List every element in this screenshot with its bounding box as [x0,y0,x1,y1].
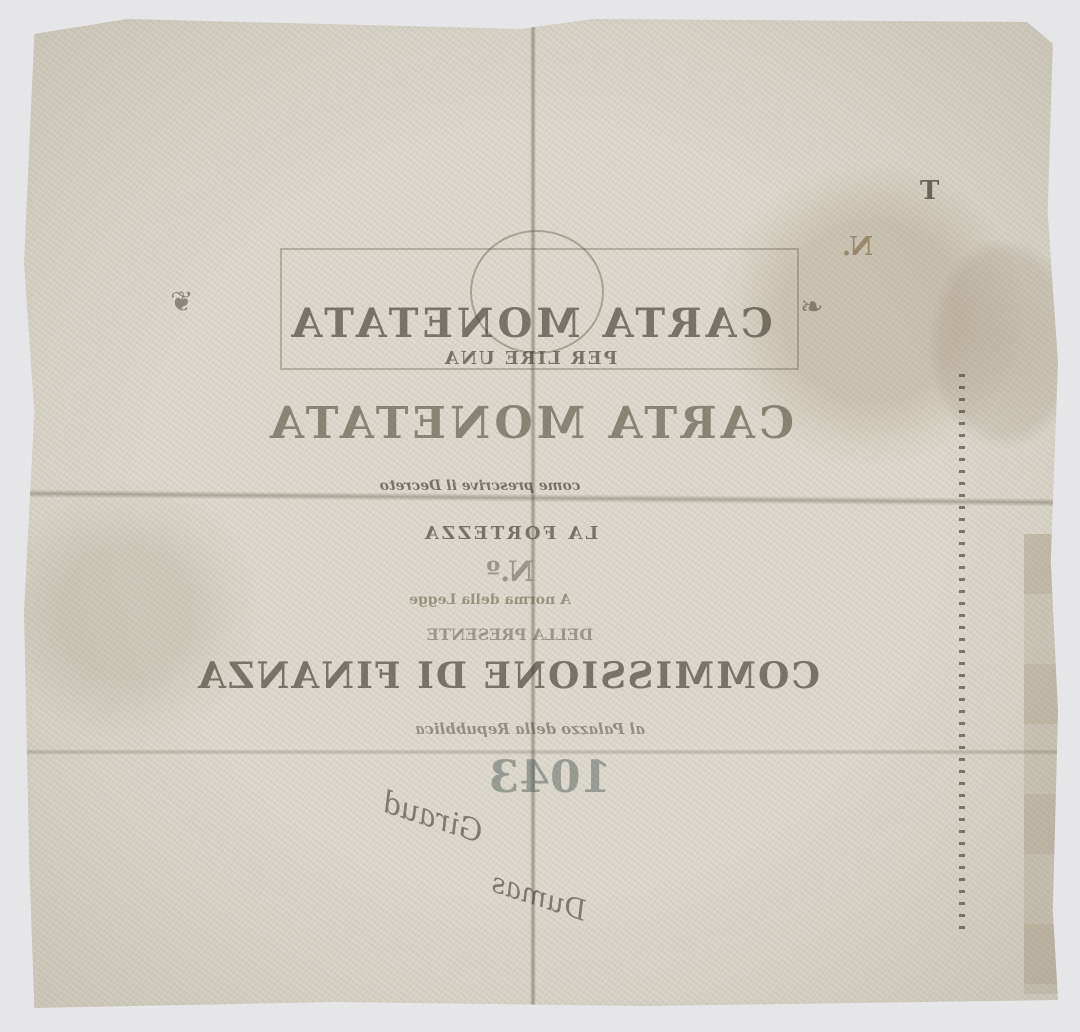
title-text: CARTA MONETATA [250,398,810,449]
fortezza-text: LA FORTEZZA [360,523,660,544]
decree-line: come prescrive il Decreto [270,478,690,494]
corner-t-mark: T [920,176,939,206]
corner-n-mark: N. [842,232,873,262]
stain-oval [929,239,1079,449]
presente-text: DELLA PRESENTE [360,625,660,644]
serial-number: 1043 [440,752,660,803]
subheader-text: PER LIRE UNA [430,348,630,369]
commission-text: COMMISSIONE DI FINANZA [240,655,820,697]
edge-stain-strip [1024,534,1074,994]
vertical-fold [530,14,536,1010]
paper-note [24,14,1058,1010]
number-mark: N.º [450,555,570,588]
ornament-left-icon: ❦ [170,285,193,318]
law-line: A norma della Legge [260,592,720,608]
place-text: al Palazzo della Repubblica [340,720,720,738]
header-text: CARTA MONETATA [250,300,810,347]
perforation-line [959,374,965,934]
